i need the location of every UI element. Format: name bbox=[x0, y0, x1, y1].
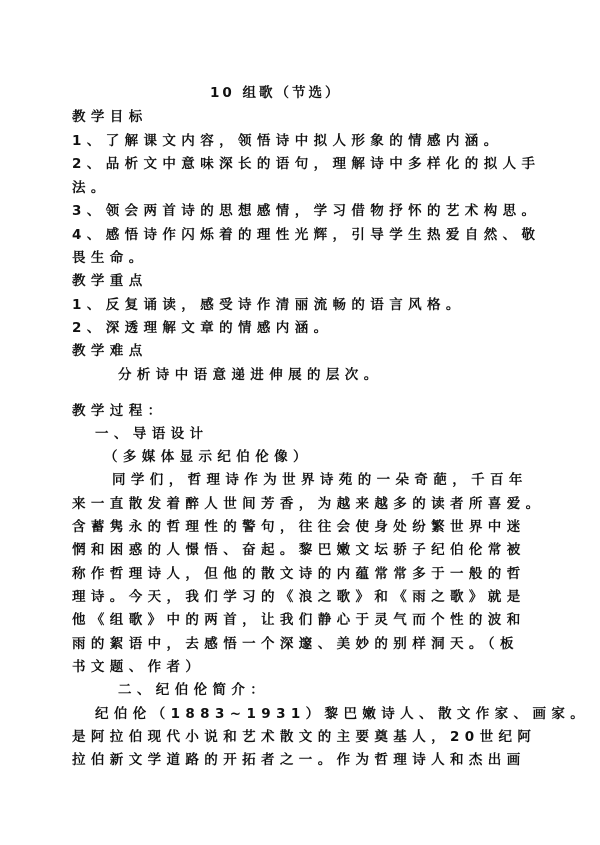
section-heading-process: 教学过程： bbox=[72, 402, 167, 420]
step1-heading: 一、导语设计 bbox=[95, 425, 208, 443]
goal-line: 4、感悟诗作闪烁着的理性光辉，引导学生热爱自然、敬 bbox=[72, 226, 540, 244]
goal-line: 2、品析文中意味深长的语句，理解诗中多样化的拟人手 bbox=[72, 155, 540, 173]
step1-line: 称作哲理诗人，但他的散文诗的内蕴常常多于一般的哲 bbox=[72, 565, 526, 583]
step1-line: 惘和困惑的人憬悟、奋起。黎巴嫩文坛骄子纪伯伦常被 bbox=[72, 541, 526, 559]
document-page: 10 组歌（节选） 教学目标 1、了解课文内容，领悟诗中拟人形象的情感内涵。 2… bbox=[0, 0, 600, 845]
document-title: 10 组歌（节选） bbox=[210, 84, 342, 102]
step1-line: 他《组歌》中的两首，让我们静心于灵气而个性的波和 bbox=[72, 611, 526, 629]
goal-line: 1、了解课文内容，领悟诗中拟人形象的情感内涵。 bbox=[72, 132, 503, 150]
step1-line: 书文题、作者） bbox=[72, 658, 204, 676]
step1-line: 来一直散发着醉人世间芳香，为越来越多的读者所喜爱。 bbox=[72, 495, 545, 513]
key-point-line: 2、深透理解文章的情感内涵。 bbox=[72, 319, 333, 337]
step1-note: （多媒体显示纪伯伦像） bbox=[104, 448, 312, 466]
step1-line: 含蓄隽永的哲理性的警句，往往会使身处纷繁世界中迷 bbox=[72, 518, 526, 536]
goal-line: 3、领会两首诗的思想感情，学习借物抒怀的艺术构思。 bbox=[72, 202, 540, 220]
step2-line: 纪伯伦（1883~1931）黎巴嫩诗人、散文作家、画家。 bbox=[95, 705, 589, 723]
section-heading-goals: 教学目标 bbox=[72, 108, 148, 126]
goal-line: 畏生命。 bbox=[72, 249, 148, 267]
section-heading-difficulties: 教学难点 bbox=[72, 342, 148, 360]
difficulty-line: 分析诗中语意递进伸展的层次。 bbox=[118, 366, 383, 384]
step2-heading: 二、纪伯伦简介： bbox=[118, 681, 269, 699]
step2-line: 是阿拉伯现代小说和艺术散文的主要奠基人，20世纪阿 bbox=[72, 728, 536, 746]
key-point-line: 1、反复诵读，感受诗作清丽流畅的语言风格。 bbox=[72, 296, 465, 314]
section-heading-key-points: 教学重点 bbox=[72, 272, 148, 290]
step1-line: 同学们，哲理诗作为世界诗苑的一朵奇葩，千百年 bbox=[112, 471, 528, 489]
step1-line: 雨的絮语中，去感悟一个深邃、美妙的别样洞天。（板 bbox=[72, 635, 519, 653]
step1-line: 理诗。今天，我们学习的《浪之歌》和《雨之歌》就是 bbox=[72, 588, 526, 606]
goal-line: 法。 bbox=[72, 179, 110, 197]
step2-line: 拉伯新文学道路的开拓者之一。作为哲理诗人和杰出画 bbox=[72, 751, 526, 769]
